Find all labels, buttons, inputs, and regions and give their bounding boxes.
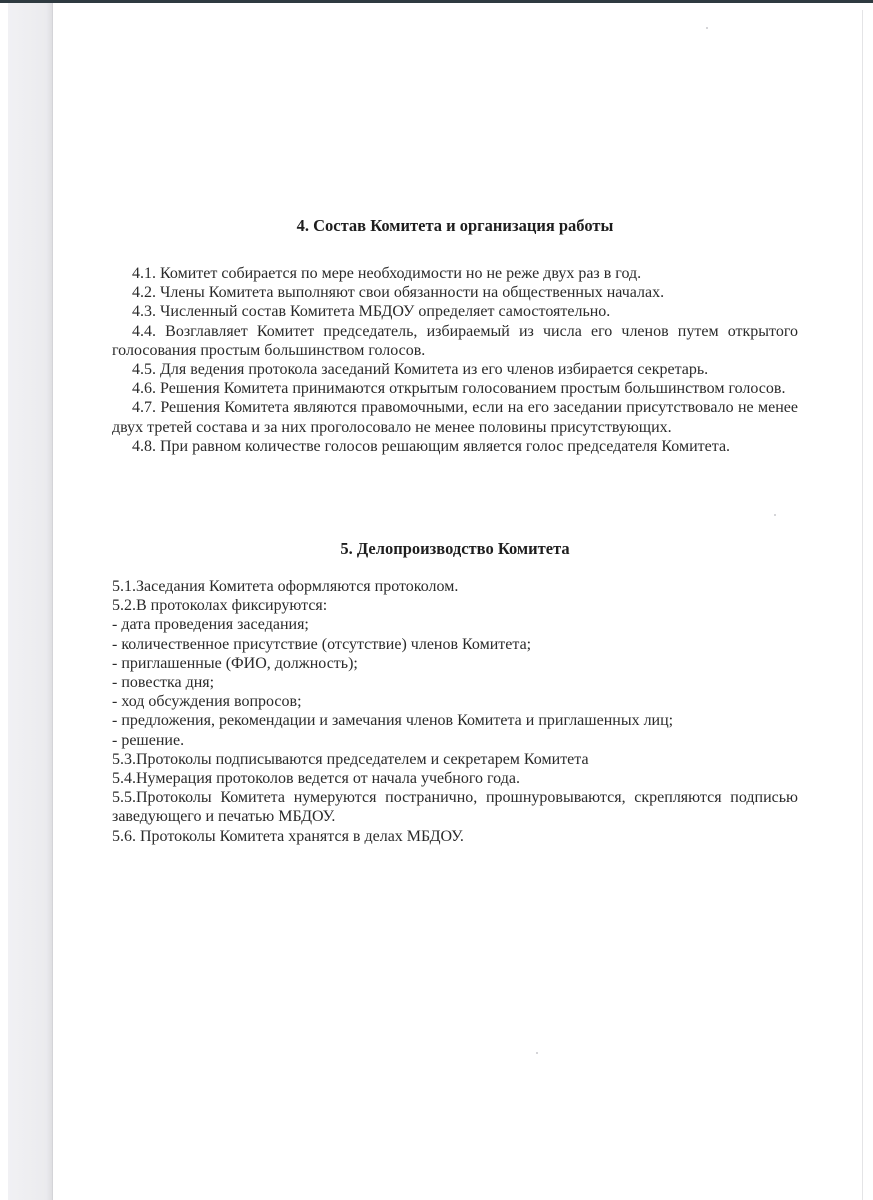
clause-5-5: 5.5.Протоколы Комитета нумеруются постра… [112, 788, 798, 826]
scan-right-edge-line [862, 10, 863, 1200]
scan-speck [536, 1052, 538, 1054]
section-5-heading: 5. Делопроизводство Комитета [112, 539, 798, 559]
clause-4-4: 4.4. Возглавляет Комитет председатель, и… [112, 322, 798, 360]
clause-4-5: 4.5. Для ведения протокола заседаний Ком… [112, 360, 798, 379]
list-item-agenda: - повестка дня; [112, 673, 798, 692]
clause-4-3: 4.3. Численный состав Комитета МБДОУ опр… [112, 302, 798, 321]
scan-top-edge [0, 0, 873, 3]
scan-speck [774, 514, 776, 516]
list-item-date: - дата проведения заседания; [112, 615, 798, 634]
scan-speck [706, 27, 708, 29]
list-item-discussion: - ход обсуждения вопросов; [112, 692, 798, 711]
clause-4-8: 4.8. При равном количестве голосов решаю… [112, 437, 798, 456]
scan-left-edge-line [52, 3, 53, 1200]
list-item-invited: - приглашенные (ФИО, должность); [112, 654, 798, 673]
clause-4-1: 4.1. Комитет собирается по мере необходи… [112, 264, 798, 283]
list-item-decision: - решение. [112, 731, 798, 750]
clause-5-6: 5.6. Протоколы Комитета хранятся в делах… [112, 827, 798, 846]
clause-5-1: 5.1.Заседания Комитета оформляются прото… [112, 577, 798, 596]
clause-4-2: 4.2. Члены Комитета выполняют свои обяза… [112, 283, 798, 302]
section-4-body: 4.1. Комитет собирается по мере необходи… [112, 264, 798, 456]
scan-left-shadow [8, 3, 53, 1200]
clause-4-6: 4.6. Решения Комитета принимаются открыт… [112, 379, 798, 398]
clause-5-4: 5.4.Нумерация протоколов ведется от нача… [112, 769, 798, 788]
list-item-attendance: - количественное присутствие (отсутствие… [112, 635, 798, 654]
clause-5-3: 5.3.Протоколы подписываются председателе… [112, 750, 798, 769]
section-5-body: 5.1.Заседания Комитета оформляются прото… [112, 577, 798, 846]
clause-4-7: 4.7. Решения Комитета являются правомочн… [112, 398, 798, 436]
section-4-heading: 4. Состав Комитета и организация работы [112, 216, 798, 236]
clause-5-2: 5.2.В протоколах фиксируются: [112, 596, 798, 615]
list-item-proposals: - предложения, рекомендации и замечания … [112, 711, 798, 730]
